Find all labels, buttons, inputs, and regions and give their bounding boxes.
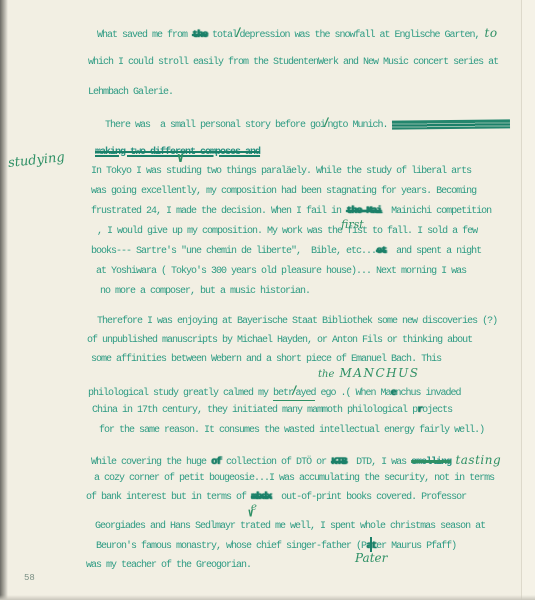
text-segment: a cozy corner of petit bougeosie...I was… (94, 473, 494, 484)
text-segment: of unpublished manuscripts by Michael Ha… (87, 335, 472, 346)
overstruck-word: of (211, 457, 221, 468)
text-segment: which I could stroll easily from the Stu… (88, 57, 498, 68)
typed-line-8: frustrated 24, I made the decision. When… (91, 206, 491, 218)
handwritten-note-tasting: tasting (451, 453, 501, 467)
text-segment: Georgiades and Hans Sedlmayr tr (95, 521, 250, 532)
text-segment: for the same reason. It consumes the was… (99, 425, 484, 436)
text-segment: ated me well, I spent whole christmas se… (250, 521, 485, 532)
page-number: 58 (24, 573, 35, 583)
typed-line-7: was going excellently, my composition ha… (91, 186, 476, 198)
typed-line-20: a cozy corner of petit bougeosie...I was… (94, 473, 494, 485)
typed-line-14: of unpublished manuscripts by Michael Ha… (87, 335, 472, 347)
typed-line-6: In Tokyo I was studing two things paralä… (91, 166, 471, 178)
text-segment: depression was the snowfall at Englische… (239, 30, 484, 41)
text-segment: total (207, 30, 237, 41)
text-segment: frustrated 24, I made the decision. When… (91, 206, 346, 217)
typed-line-18: for the same reason. It consumes the was… (99, 425, 484, 437)
handwritten-note-studying: studying (7, 150, 65, 171)
struck-out-illegible-text (392, 119, 510, 129)
typed-line-22: Georgiades and Hans Sedlmayr trated me w… (95, 521, 485, 533)
typed-line-3: Lehmbach Galerie. (88, 87, 173, 99)
text-segment: ngto Munich. (327, 120, 392, 131)
text-segment: What saved me from (97, 30, 192, 41)
text-segment: In Tokyo I was stu (91, 166, 181, 177)
struck-word: the (192, 30, 207, 41)
text-segment: betr (273, 388, 293, 399)
text-segment: was my teacher of the Greogorian. (86, 560, 251, 571)
text-segment: While covering the huge (91, 457, 211, 468)
text-segment: books--- Sartre's "une chemin de liberte… (91, 246, 376, 257)
text-segment: Therefore I was enjoying at Bayerische S… (97, 316, 497, 327)
page-fold-line (521, 0, 535, 600)
text-segment: no more a composer, but a music historia… (100, 286, 310, 297)
handwritten-note-first: first (341, 218, 364, 231)
text-segment: , I would give up my composition. My wor… (97, 226, 477, 237)
handwritten-caret-icon: ∨ (247, 508, 254, 521)
typed-line-4: There was a small personal story before … (105, 117, 510, 132)
text-segment: ayed (295, 388, 315, 399)
typed-line-23: Beuron's famous monastry, whose chief si… (96, 541, 456, 553)
text-segment: was going excellently, my composition ha… (91, 186, 476, 197)
text-segment: China in 17th century, they initiated ma… (92, 405, 417, 416)
text-segment: ojects (422, 405, 452, 416)
text-segment: the (318, 369, 334, 380)
text-segment: collection of DTÖ or (221, 457, 331, 468)
handwritten-note-the-manchus: the MANCHUS (318, 362, 419, 381)
typed-line-11: at Yoshiwara ( Tokyo's 300 years old ple… (96, 266, 466, 278)
text-segment: DTD, I was (346, 457, 411, 468)
text-segment: There was a small personal story before … (105, 120, 325, 131)
typed-line-1: What saved me from the total∕depression … (97, 27, 498, 42)
typed-line-24: was my teacher of the Greogorian. (86, 560, 251, 572)
scanned-typewritten-page: { "page": { "number": "58" }, "doc": { "… (0, 0, 535, 600)
handwritten-insert-e: e∨ (247, 504, 261, 520)
struck-word: et (376, 246, 386, 257)
typed-line-2: which I could stroll easily from the Stu… (88, 57, 498, 69)
typed-line-17: China in 17th century, they initiated ma… (92, 405, 452, 417)
text-segment: and spent a night (386, 246, 481, 257)
typed-line-9: , I would give up my composition. My wor… (97, 226, 477, 238)
struck-word: KTB (331, 457, 346, 468)
typed-line-13: Therefore I was enjoying at Bayerische S… (97, 316, 497, 328)
text-segment: ding two things paraläely. While the stu… (181, 166, 471, 177)
handwritten-caret-icon: ∨ (176, 149, 185, 165)
underlined-word-betrayed: betr∕ayed (273, 388, 315, 401)
handwritten-note-pater: Pater (355, 551, 387, 565)
text-segment: MANCHUS (339, 366, 419, 380)
typed-line-16: philological study greatly calmed my bet… (88, 385, 461, 400)
text-segment: at Yoshiwara ( Tokyo's 300 years old ple… (96, 266, 466, 277)
typed-line-19: While covering the huge of collection of… (91, 454, 501, 469)
text-segment: ego .( When Ma (315, 388, 390, 399)
text-segment: philological study greatly calmed my (88, 388, 273, 399)
scan-bottom-edge (0, 595, 535, 600)
text-segment: nchus invaded (396, 388, 461, 399)
typed-line-10: books--- Sartre's "une chemin de liberte… (91, 246, 481, 258)
typed-line-12: no more a composer, but a music historia… (100, 286, 310, 298)
text-segment: Lehmbach Galerie. (88, 87, 173, 98)
text-segment: Mainichi competition (381, 206, 491, 217)
text-segment: of bank interest but in terms of (86, 492, 251, 503)
text-segment: Beuron's famous monastry, whose chief si… (96, 541, 366, 552)
struck-words: the Mai (346, 206, 381, 217)
text-segment: out-of-print books covered. Professor (271, 492, 466, 503)
handwritten-note-to: to (485, 26, 498, 40)
typed-line-21: of bank interest but in terms of mbdx ou… (86, 492, 466, 504)
text-segment: er Maurus Pfaff) (376, 541, 456, 552)
scan-left-edge (0, 0, 8, 600)
scribbled-out-word: smelling (411, 457, 451, 468)
